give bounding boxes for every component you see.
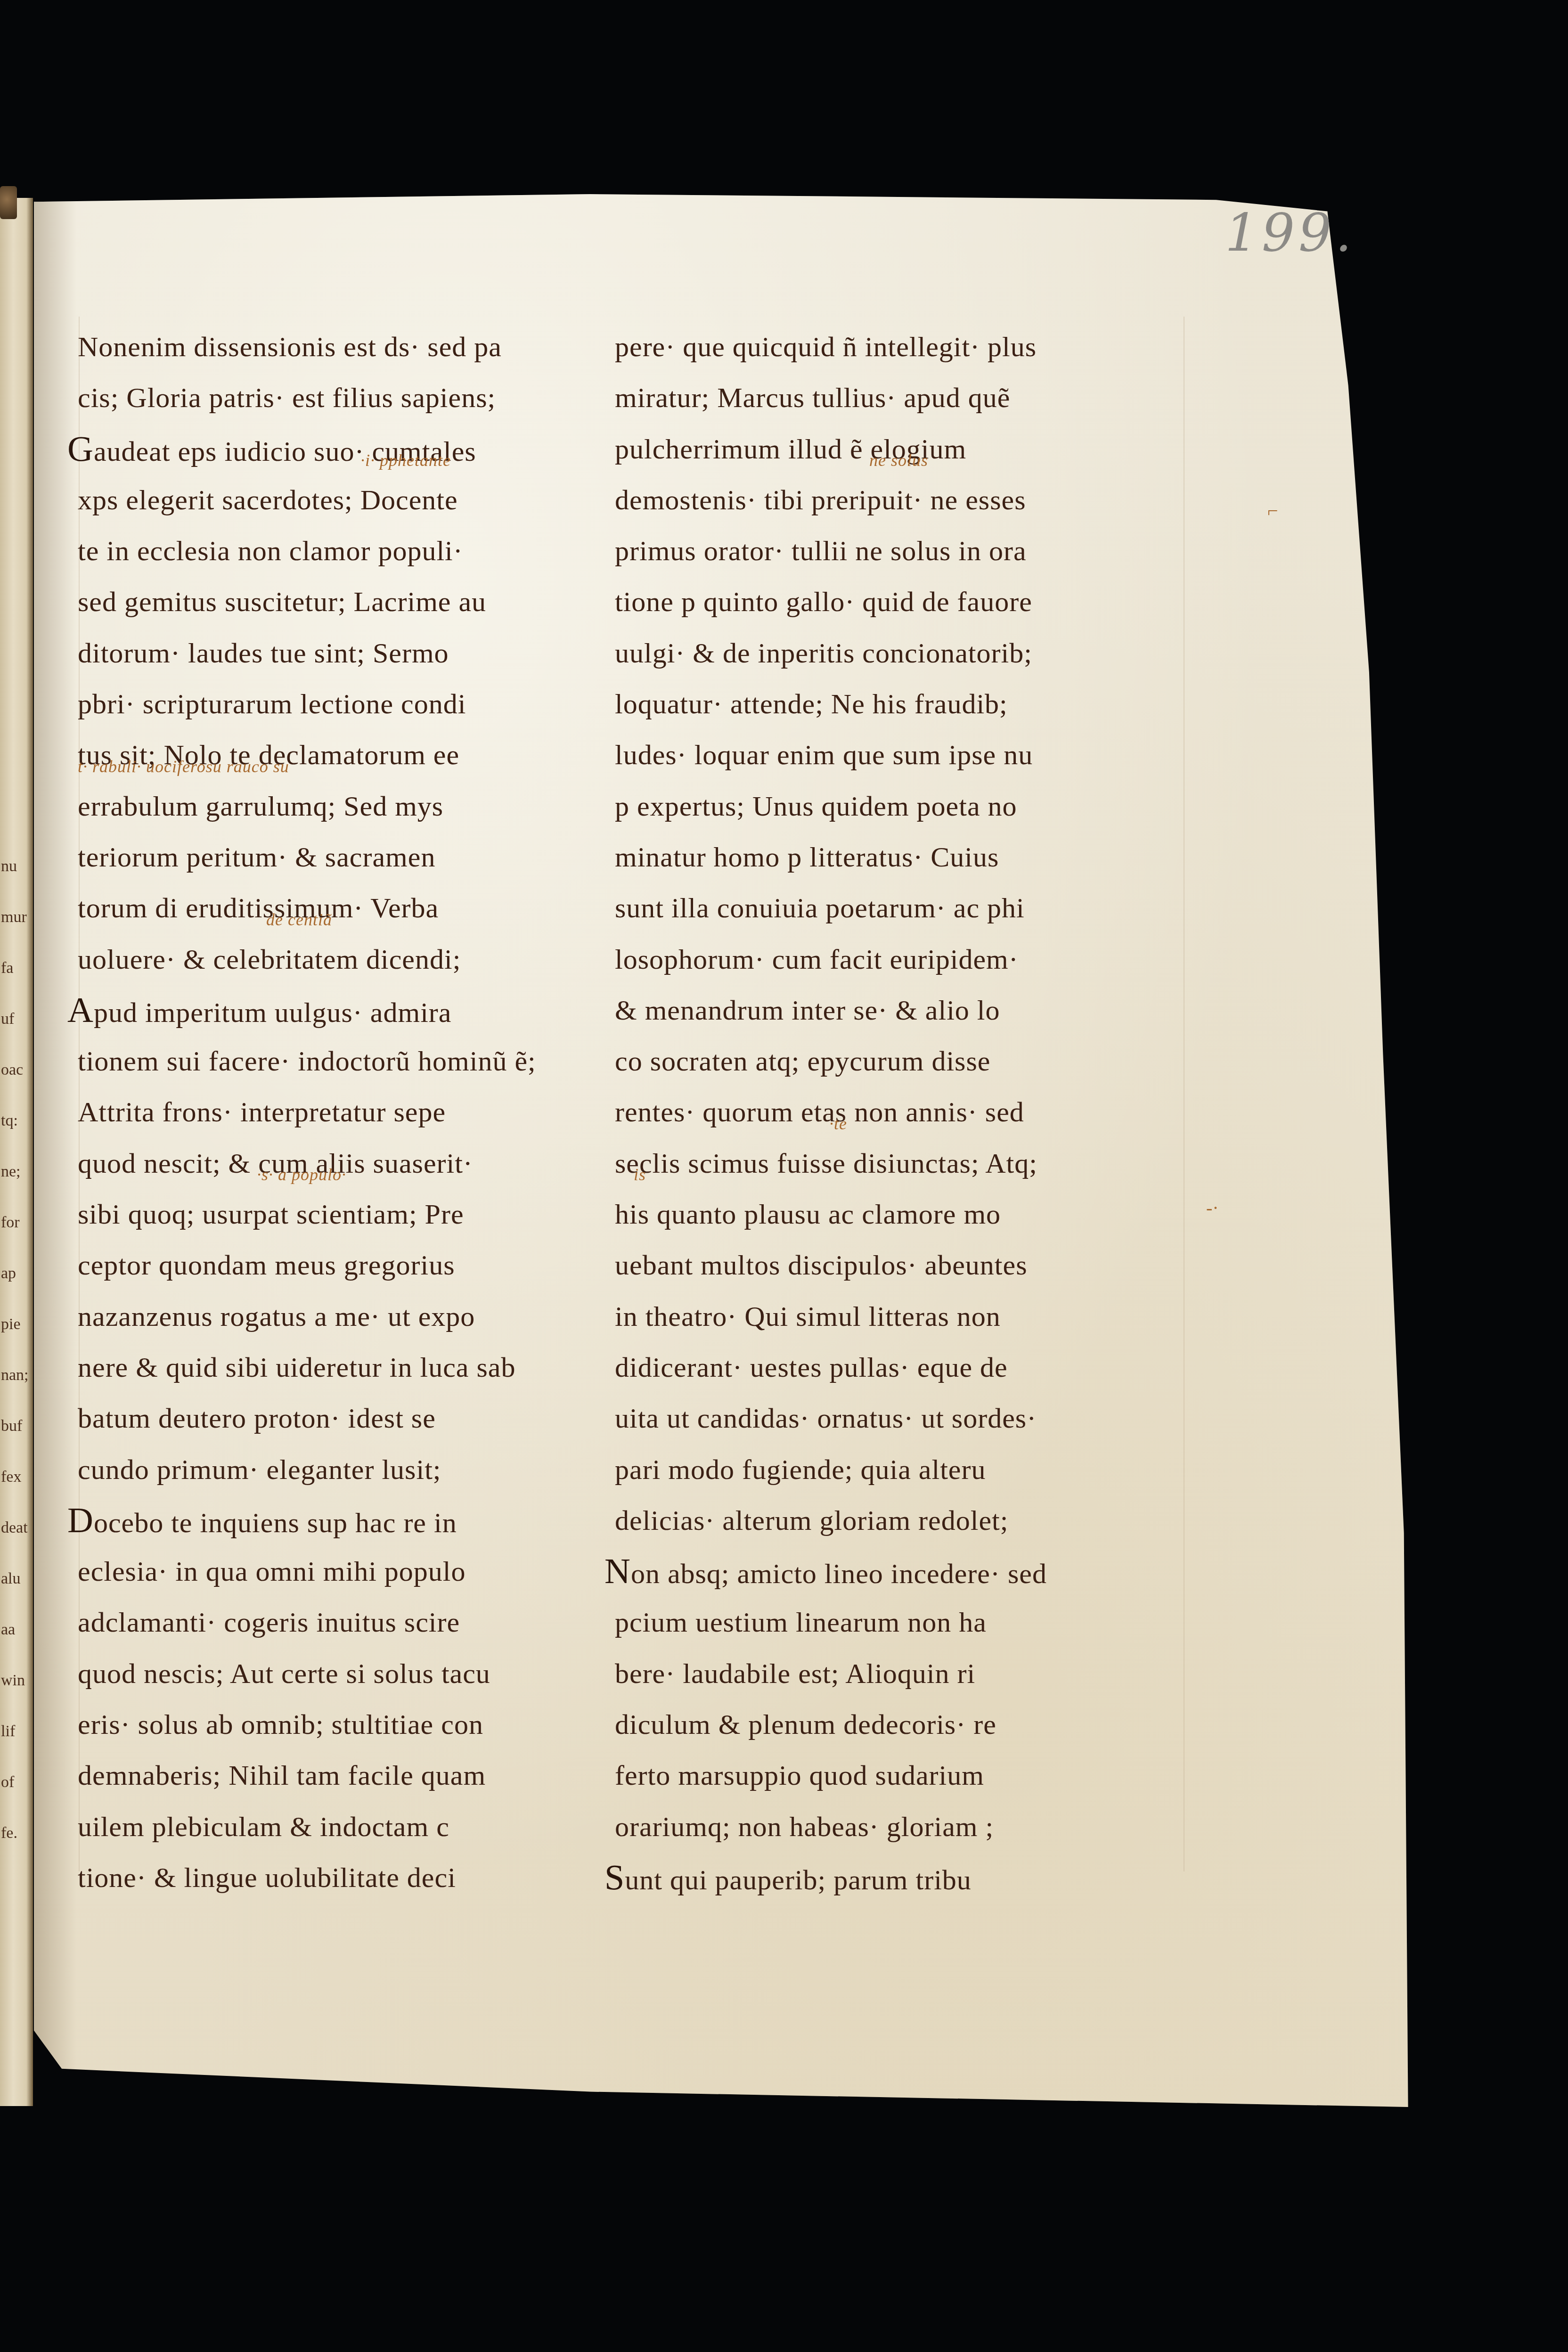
line-text: minatur homo p litteratus· Cuius [615,841,999,873]
manuscript-line: orariumq; non habeas· gloriam ; [615,1801,1171,1852]
line-text: torum di eruditissimum· Verba [78,892,439,923]
manuscript-line: uilem plebiculam & indoctam c [78,1801,615,1852]
line-text: uilem plebiculam & indoctam c [78,1811,449,1842]
manuscript-line: primus orator· tullii ne solus in ora [615,525,1171,576]
manuscript-line: ceptor quondam meus gregorius [78,1240,615,1290]
manuscript-line: his quanto plausu ac clamore mois [615,1189,1171,1240]
manuscript-line: Sunt qui pauperib; parum tribu [615,1852,1171,1903]
line-text: & menandrum inter se· & alio lo [615,995,1000,1026]
line-text: loquatur· attende; Ne his fraudib; [615,688,1008,719]
line-text: Attrita frons· interpretatur sepe [78,1096,446,1127]
manuscript-line: eclesia· in qua omni mihi populo [78,1546,615,1597]
line-text: orariumq; non habeas· gloriam ; [615,1811,994,1842]
manuscript-line: xps elegerit sacerdotes; Docente·i· pphe… [78,474,615,525]
manuscript-line: batum deutero proton· idest se [78,1393,615,1444]
previous-leaf-text-fragment: ne; [1,1163,32,1181]
manuscript-line: demnaberis; Nihil tam facile quam [78,1750,615,1801]
previous-leaf-text-fragment: fe. [1,1824,32,1842]
line-text: losophorum· cum facit euripidem· [615,944,1019,975]
line-text: delicias· alterum gloriam redolet; [615,1505,1008,1536]
previous-leaf-text-fragment: buf [1,1417,32,1435]
manuscript-line: tione· & lingue uolubilitate deci [78,1852,615,1903]
manuscript-line: torum di eruditissimum· Verba [78,882,615,933]
interlinear-gloss: ·s· a populo· [257,1165,346,1184]
manuscript-line: pbri· scripturarum lectione condi [78,678,615,729]
line-text: ceptor quondam meus gregorius [78,1249,455,1281]
line-text: rentes· quorum etas non annis· sed [615,1096,1024,1127]
manuscript-line: nazanzenus rogatus a me· ut expo [78,1291,615,1342]
manuscript-line: Apud imperitum uulgus· admira [78,985,615,1036]
manuscript-line: co socraten atq; epycurum disse [615,1036,1171,1086]
manuscript-line: didicerant· uestes pullas· eque de [615,1342,1171,1393]
manuscript-line: Gaudeat eps iudicio suo· cumtales [78,424,615,474]
manuscript-line: Nonenim dissensionis est ds· sed pa [78,321,615,372]
line-text: te in ecclesia non clamor populi· [78,535,463,566]
manuscript-line: & menandrum inter se· & alio lo [615,985,1171,1036]
previous-leaf-text-fragment: uf [1,1010,32,1028]
previous-leaf-text-fragment: fa [1,959,32,977]
manuscript-line: uulgi· & de inperitis concionatorib; [615,628,1171,678]
manuscript-line: minatur homo p litteratus· Cuius [615,832,1171,882]
previous-leaf-text-fragment: of [1,1773,32,1791]
previous-leaf-text-fragment: nu [1,857,32,875]
line-text: diculum & plenum dedecoris· re [615,1709,996,1740]
previous-leaf-text-fragment: win [1,1672,32,1690]
manuscript-line: bere· laudabile est; Alioquin ri [615,1648,1171,1699]
previous-leaf-edge: numurfaufoactq:ne;forappienan;buffexdeat… [0,198,33,2106]
manuscript-line: sibi quoq; usurpat scientiam; Pre·s· a p… [78,1189,615,1240]
manuscript-line: tione p quinto gallo· quid de fauore [615,576,1171,627]
line-text: nere & quid sibi uideretur in luca sab [78,1352,515,1383]
previous-leaf-text-fragment: deat [1,1519,32,1537]
line-text: eris· solus ab omnib; stultitiae con [78,1709,483,1740]
manuscript-line: Docebo te inquiens sup hac re in [78,1495,615,1546]
manuscript-line: p expertus; Unus quidem poeta no [615,781,1171,832]
interlinear-gloss: ·i· pphetante [360,451,451,470]
previous-leaf-text-fragment: nan; [1,1366,32,1384]
previous-leaf-text-fragment: ap [1,1265,32,1282]
line-text: uita ut candidas· ornatus· ut sordes· [615,1403,1037,1434]
binding-thread [0,186,17,219]
manuscript-line: loquatur· attende; Ne his fraudib; [615,678,1171,729]
previous-leaf-text-fragment: for [1,1214,32,1232]
manuscript-line: pari modo fugiende; quia alteru [615,1444,1171,1495]
line-text: miratur; Marcus tullius· apud quẽ [615,382,1010,413]
line-text: nazanzenus rogatus a me· ut expo [78,1301,475,1332]
line-text: p expertus; Unus quidem poeta no [615,791,1017,822]
manuscript-line: in theatro· Qui simul litteras non [615,1291,1171,1342]
line-text: ditorum· laudes tue sint; Sermo [78,637,449,669]
manuscript-line: tionem sui facere· indoctorũ hominũ ẽ; [78,1036,615,1086]
manuscript-line: losophorum· cum facit euripidem· [615,934,1171,985]
interlinear-gloss: is [634,1165,646,1184]
manuscript-line: Non absq; amicto lineo incedere· sed [615,1546,1171,1597]
line-text: sibi quoq; usurpat scientiam; Pre [78,1199,464,1230]
line-text: pere· que quicquid ñ intellegit· plus [615,331,1037,362]
margin-nota-mark: ⌐ [1267,499,1278,522]
line-text: ferto marsuppio quod sudarium [615,1760,984,1791]
manuscript-line: errabulum garrulumq; Sed myst· rabuli· u… [78,781,615,832]
line-text: cis; Gloria patris· est filius sapiens; [78,382,496,413]
line-text: teriorum peritum· & sacramen [78,841,435,873]
manuscript-line: demostenis· tibi preripuit· ne essesne s… [615,474,1171,525]
folio-number: 199. [1225,203,1356,263]
line-text: unt qui pauperib; parum tribu [625,1864,972,1895]
line-text: co socraten atq; epycurum disse [615,1045,990,1077]
line-text: batum deutero proton· idest se [78,1403,436,1434]
line-text: uulgi· & de inperitis concionatorib; [615,637,1032,669]
line-text: his quanto plausu ac clamore mo [615,1199,1001,1230]
manuscript-line: adclamanti· cogeris inuitus scire [78,1597,615,1648]
line-text: in theatro· Qui simul litteras non [615,1301,1001,1332]
previous-leaf-text-fragment: fex [1,1468,32,1486]
interlinear-gloss: t· rabuli· uociferosu rauco su [78,757,289,776]
manuscript-line: eris· solus ab omnib; stultitiae con [78,1699,615,1750]
previous-leaf-text-fragment: alu [1,1570,32,1588]
manuscript-line: teriorum peritum· & sacramen [78,832,615,882]
previous-leaf-text-fragment: mur [1,908,32,926]
line-text: uoluere· & celebritatem dicendi; [78,944,461,975]
line-text: sed gemitus suscitetur; Lacrime au [78,586,486,617]
manuscript-line: ludes· loquar enim que sum ipse nu [615,729,1171,780]
previous-leaf-text-fragment: pie [1,1315,32,1333]
line-text: adclamanti· cogeris inuitus scire [78,1607,460,1638]
line-text: errabulum garrulumq; Sed mys [78,791,443,822]
text-column-left: Nonenim dissensionis est ds· sed pacis; … [78,321,615,1903]
line-text: Nonenim dissensionis est ds· sed pa [78,331,502,362]
manuscript-line: Attrita frons· interpretatur sepe [78,1086,615,1137]
initial-capital: S [604,1858,625,1897]
text-column-right: pere· que quicquid ñ intellegit· plusmir… [615,321,1171,1903]
manuscript-line: rentes· quorum etas non annis· sed [615,1086,1171,1137]
line-text: pcium uestium linearum non ha [615,1607,987,1638]
line-text: on absq; amicto lineo incedere· sed [631,1558,1047,1589]
manuscript-line: te in ecclesia non clamor populi· [78,525,615,576]
manuscript-line: sed gemitus suscitetur; Lacrime au [78,576,615,627]
previous-leaf-text-fragment: tq: [1,1112,32,1130]
line-text: pari modo fugiende; quia alteru [615,1454,986,1485]
initial-capital: D [67,1501,94,1540]
manuscript-line: pcium uestium linearum non ha [615,1597,1171,1648]
manuscript-line: quod nescis; Aut certe si solus tacu [78,1648,615,1699]
previous-leaf-text-fragment: aa [1,1621,32,1639]
initial-capital: G [67,429,94,469]
manuscript-line: ferto marsuppio quod sudarium [615,1750,1171,1801]
line-text: primus orator· tullii ne solus in ora [615,535,1027,566]
line-text: uebant multos discipulos· abeuntes [615,1249,1028,1281]
line-text: ocebo te inquiens sup hac re in [94,1507,457,1538]
line-text: tione· & lingue uolubilitate deci [78,1862,456,1893]
line-text: cundo primum· eleganter lusit; [78,1454,441,1485]
line-text: tione p quinto gallo· quid de fauore [615,586,1032,617]
manuscript-line: ditorum· laudes tue sint; Sermo [78,628,615,678]
manuscript-line: miratur; Marcus tullius· apud quẽ [615,372,1171,423]
line-text: demnaberis; Nihil tam facile quam [78,1760,486,1791]
line-text: seclis scimus fuisse disiunctas; Atq; [615,1148,1037,1179]
manuscript-line: sunt illa conuiuia poetarum· ac phi [615,882,1171,933]
manuscript-line: cundo primum· eleganter lusit; [78,1444,615,1495]
manuscript-line: uoluere· & celebritatem dicendi;de centi… [78,934,615,985]
line-text: tionem sui facere· indoctorũ hominũ ẽ; [78,1045,536,1077]
interlinear-gloss: ne solus [869,451,928,470]
line-text: demostenis· tibi preripuit· ne esses [615,484,1026,515]
line-text: eclesia· in qua omni mihi populo [78,1556,466,1587]
line-text: pbri· scripturarum lectione condi [78,688,466,719]
line-text: pud imperitum uulgus· admira [94,997,452,1028]
line-text: xps elegerit sacerdotes; Docente [78,484,458,515]
previous-leaf-text-fragment: oac [1,1061,32,1079]
interlinear-gloss: ·te [829,1114,847,1133]
line-text: ludes· loquar enim que sum ipse nu [615,739,1033,770]
manuscript-line: seclis scimus fuisse disiunctas; Atq;·te [615,1138,1171,1189]
ruling-line-right [1184,317,1184,1871]
manuscript-line: delicias· alterum gloriam redolet; [615,1495,1171,1546]
interlinear-gloss: de centiã [266,910,332,929]
initial-capital: A [67,990,94,1030]
manuscript-line: diculum & plenum dedecoris· re [615,1699,1171,1750]
manuscript-line: nere & quid sibi uideretur in luca sab [78,1342,615,1393]
previous-leaf-text-fragment: lif [1,1723,32,1740]
line-text: quod nescis; Aut certe si solus tacu [78,1658,490,1689]
manuscript-line: uita ut candidas· ornatus· ut sordes· [615,1393,1171,1444]
initial-capital: N [604,1552,631,1591]
line-text: bere· laudabile est; Alioquin ri [615,1658,975,1689]
line-text: sunt illa conuiuia poetarum· ac phi [615,892,1025,923]
manuscript-line: pere· que quicquid ñ intellegit· plus [615,321,1171,372]
manuscript-line: uebant multos discipulos· abeuntes [615,1240,1171,1290]
line-text: didicerant· uestes pullas· eque de [615,1352,1008,1383]
margin-nota-mark: -· [1206,1197,1219,1219]
manuscript-line: cis; Gloria patris· est filius sapiens; [78,372,615,423]
